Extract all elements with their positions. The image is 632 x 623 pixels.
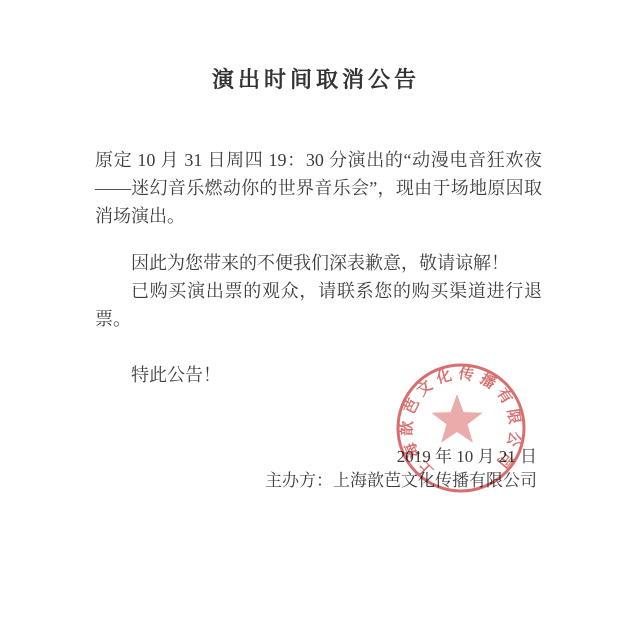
organizer-line: 主办方：上海歆芭文化传播有限公司 [0, 469, 537, 493]
paragraph-event-cancellation: 原定 10 月 31 日周四 19：30 分演出的“动漫电音狂欢夜——迷幻音乐燃… [95, 146, 542, 230]
notice-body: 原定 10 月 31 日周四 19：30 分演出的“动漫电音狂欢夜——迷幻音乐燃… [95, 146, 542, 389]
signature-block: 2019 年 10 月 21 日 主办方：上海歆芭文化传播有限公司 [0, 445, 537, 493]
paragraph-apology: 因此为您带来的不便我们深表歉意，敬请谅解！ [95, 249, 542, 277]
notice-document: 演出时间取消公告 原定 10 月 31 日周四 19：30 分演出的“动漫电音狂… [0, 0, 632, 623]
stamp-star-icon [431, 394, 482, 443]
page-title: 演出时间取消公告 [0, 66, 632, 94]
paragraph-refund-instructions: 已购买演出票的观众，请联系您的购买渠道进行退票。 [95, 277, 542, 333]
closing-line: 特此公告！ [95, 361, 542, 389]
date-line: 2019 年 10 月 21 日 [0, 445, 537, 469]
